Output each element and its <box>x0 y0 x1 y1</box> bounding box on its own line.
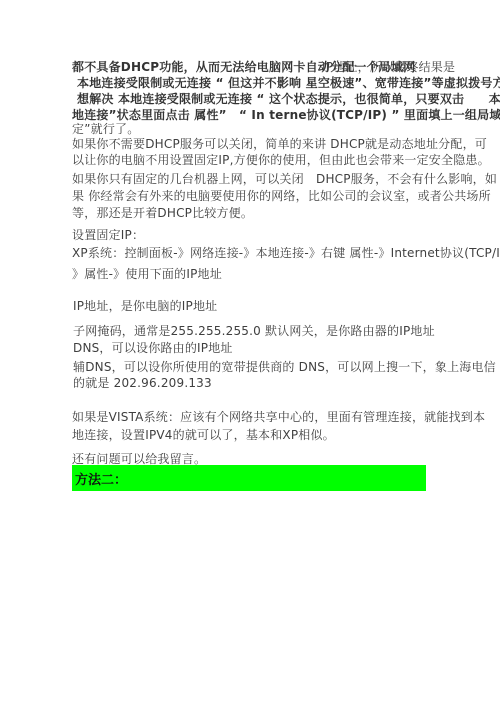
method-two-heading: 方法二： <box>72 469 127 488</box>
doc-line: 定”就行了。 <box>72 122 139 136</box>
doc-line: XP系统：控制面板-》网络连接-》本地连接-》右键 属性-》Internet协议… <box>72 246 500 260</box>
doc-line: 如果你只有固定的几台机器上网，可以关闭 DHCP服务，不会有什么影响，如 <box>72 172 497 186</box>
doc-line: 如果你不需要DHCP服务可以关闭，简单的来讲 DHCP就是动态地址分配，可 <box>72 137 487 151</box>
doc-line: 本地连接受限制或无连接 “ 但这并不影响 星空极速”、宽带连接”等虚拟拨号方式的… <box>77 76 500 90</box>
doc-line: 以让你的电脑不用设置固定IP,方便你的使用，但由此也会带来一定安全隐患。 <box>72 153 490 167</box>
doc-line: 》属性-》使用下面的IP地址 <box>72 267 222 281</box>
doc-line: 果 你经常会有外来的电脑要使用你的网络，比如公司的会议室，或者公共场所 <box>72 189 491 203</box>
doc-line: 地连接，设置IPV4的就可以了，基本和XP相似。 <box>72 428 335 442</box>
doc-line: 的就是 202.96.209.133 <box>73 376 212 390</box>
doc-line: IP地址，是你电脑的IP地址 <box>73 299 217 313</box>
doc-line: 子网掩码，通常是255.255.255.0 默认网关，是你路由器的IP地址 <box>73 324 435 338</box>
doc-line: 想解决 本地连接受限制或无连接 “ 这个状态提示，也很简单，只要双击 本地连接”… <box>77 92 500 106</box>
doc-line: DNS，可以设你路由的IP地址 <box>73 341 233 355</box>
doc-line: IP地址，所以最终结果是 <box>322 60 455 74</box>
doc-line: 等，那还是开着DHCP比较方便。 <box>72 206 253 220</box>
document-page: 都不具备DHCP功能，从而无法给电脑网卡自动分配一个局域网 IP地址，所以最终结… <box>0 0 500 707</box>
doc-line: 还有问题可以给我留言。 <box>72 452 206 466</box>
doc-line: 辅DNS，可以设你所使用的宽带提供商的 DNS，可以网上搜一下，象上海电信 <box>73 360 496 374</box>
doc-line-section: 设置固定IP： <box>72 228 144 242</box>
method-two-highlight-bar: 方法二： <box>72 465 426 491</box>
doc-line: 如果是VISTA系统：应该有个网络共享中心的，里面有管理连接，就能找到本 <box>72 410 485 424</box>
doc-line: 地连接”状态里面点击 属性” “ In terne协议(TCP/IP) ” 里面… <box>72 108 500 122</box>
